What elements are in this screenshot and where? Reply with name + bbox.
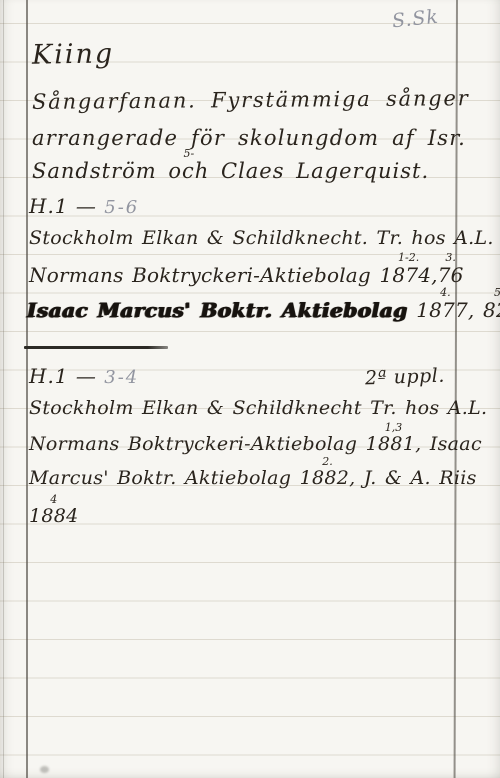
holdings-pencil: 5-6 — [104, 197, 139, 218]
entry1-imprint-line-2: Normans Boktryckeri-Aktiebolag 1-2.1874,… — [29, 264, 464, 286]
year-group: 3.76 — [438, 264, 464, 286]
printer-name-continued: J. & A. Riis — [364, 467, 477, 489]
title-line-3-mid: och — [168, 159, 209, 183]
part-numbers: 1,3 — [385, 422, 403, 433]
printer-name: Marcus' Boktr. Aktiebolag — [29, 467, 291, 489]
year: 1877, — [416, 298, 474, 322]
shelf-mark: S.Sk — [391, 7, 440, 33]
entry2-imprint-line-4: 41884 — [29, 506, 79, 527]
author-heading: Kiing — [32, 39, 115, 70]
title-line-3-start: Sandström — [32, 159, 157, 183]
year: 1882, — [300, 467, 356, 489]
part-numbers: 1-2. — [398, 252, 419, 263]
year-group: 5.82, — [483, 299, 500, 321]
holdings-note-2: H.1 — 3-4 — [29, 365, 139, 388]
year: 1881, — [366, 433, 422, 455]
part-numbers: 2. — [322, 456, 333, 467]
printer-name: Normans Boktryckeri-Aktiebolag — [29, 433, 357, 455]
entry2-imprint-line-3: Marcus' Boktr. Aktiebolag 2.1882, J. & A… — [29, 468, 477, 489]
part-numbers: 4 — [50, 494, 57, 505]
printer-name: Normans Boktryckeri-Aktiebolag — [29, 263, 371, 287]
part-numbers: 5. — [494, 287, 500, 298]
section-divider — [24, 346, 168, 349]
year: 1884 — [29, 505, 79, 527]
year-group: 4.1877, — [416, 299, 474, 321]
part-numbers: 3. — [445, 252, 456, 263]
insertion-mark: 5- — [183, 148, 194, 159]
holdings-pencil: 3-4 — [104, 367, 139, 388]
year-group: 1,31881, — [366, 434, 422, 455]
holdings-ink: H.1 — — [29, 364, 97, 388]
printer-name-continued: Isaac — [430, 433, 482, 455]
paper-edge-line — [3, 0, 4, 778]
holdings-ink: H.1 — — [29, 194, 97, 218]
entry2-imprint-line-1: Stockholm Elkan & Schildknecht Tr. hos A… — [29, 398, 487, 419]
title-line-1: Sångarfanan. Fyrstämmiga sånger — [32, 87, 470, 114]
year-group: 2.1882, — [300, 468, 356, 489]
title-line-3-end: Claes Lagerquist. — [221, 159, 429, 183]
year-group: 41884 — [29, 506, 79, 527]
year-group: 1-2.1874, — [379, 264, 437, 286]
edition-note: 2ª uppl. — [365, 366, 446, 390]
right-margin-line — [454, 0, 458, 778]
entry1-imprint-line-1: Stockholm Elkan & Schildknecht. Tr. hos … — [29, 228, 494, 249]
year: 82, — [483, 298, 500, 322]
year: 1874, — [379, 263, 437, 287]
part-numbers: 4. — [440, 287, 451, 298]
left-margin-line — [26, 0, 28, 778]
paper-smudge — [40, 766, 49, 773]
title-line-3: Sandström 5-och Claes Lagerquist. — [32, 160, 429, 183]
entry2-imprint-line-2: Normans Boktryckeri-Aktiebolag 1,31881, … — [29, 434, 482, 455]
year: 76 — [438, 263, 464, 287]
insertion-group: 5-och — [168, 160, 209, 183]
entry1-imprint-line-3: Isaac Marcus' Boktr. Aktiebolag 4.1877, … — [27, 299, 500, 321]
title-line-2: arrangerade för skolungdom af Isr. — [32, 127, 466, 150]
catalog-card: S.Sk Kiing Sångarfanan. Fyrstämmiga sång… — [0, 0, 500, 778]
printer-name-overwritten: Isaac Marcus' Boktr. Aktiebolag — [27, 298, 408, 322]
holdings-note-1: H.1 — 5-6 — [29, 195, 139, 218]
